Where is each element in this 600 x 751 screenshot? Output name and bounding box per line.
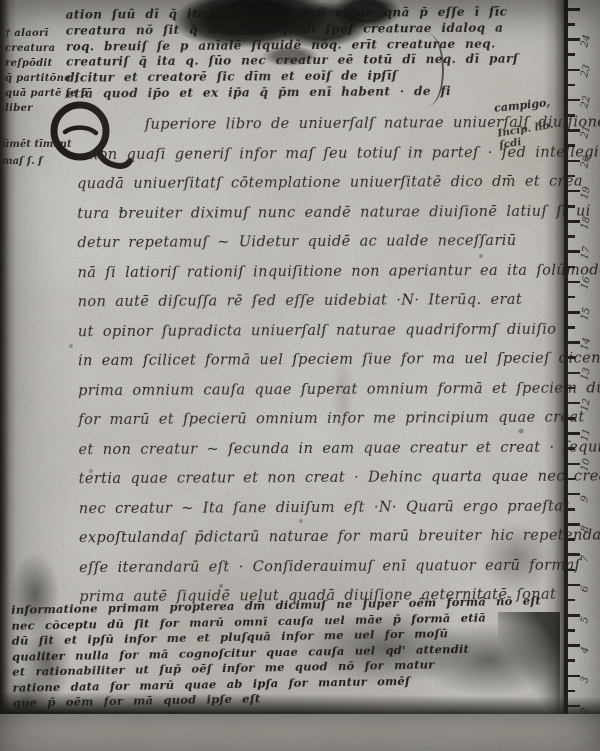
manuscript-line: eſſe iterandarū eſt · Conſiderauimuſ enī… [79, 551, 551, 583]
top-gloss-block: ation ſuū dī q̄ ita eadē una et ē creāe … [66, 4, 553, 102]
manuscript-line: in eam ſcilicet formā uel ſpeciem ſiue f… [78, 345, 550, 377]
ruler-tick [568, 326, 575, 329]
manuscript-photo: ation ſuū dī q̄ ita eadē una et ē creāe … [0, 0, 600, 751]
backdrop-surface [0, 714, 600, 751]
ruler-tick [568, 281, 580, 284]
ruler-tick [568, 190, 580, 193]
ruler-tick [568, 478, 575, 481]
ruler-tick [568, 266, 575, 269]
ruler-number: 11 [579, 420, 595, 442]
ruler-tick [568, 447, 575, 450]
ruler-tick [568, 8, 580, 11]
manuscript-line: for marū et ſpecierū omnium infor me pri… [78, 404, 550, 436]
ruler-number: 13 [579, 360, 595, 382]
ruler-number: 20 [579, 148, 595, 170]
ruler-tick [568, 53, 575, 56]
ruler-tick [568, 250, 580, 253]
marginal-note: q̄ partitōne ſ [5, 71, 115, 86]
ruler-tick [568, 508, 575, 511]
ruler-tick [568, 356, 575, 359]
manuscript-line: detur repetamuſ ~ Uidetur quidē ac ualde… [77, 227, 549, 259]
marginal-note: creatura [5, 41, 115, 56]
marginal-note: † alaorī [5, 26, 115, 41]
ruler-tick [568, 311, 580, 314]
manuscript-line: ut opinor ſupradicta uniuerſalſ naturae … [78, 315, 550, 347]
ruler-number: 7 [579, 542, 595, 564]
ruler-tick [568, 129, 580, 132]
ruler-tick [568, 523, 580, 526]
ruler-tick [568, 463, 580, 466]
manuscript-line: non autē diſcuſſa rē ſed eſſe uidebiat ·… [78, 286, 550, 318]
ruler-number: 8 [579, 511, 595, 533]
ruler-tick [568, 644, 580, 647]
manuscript-line: tertia quae creatur et non creat · Dehin… [79, 463, 551, 495]
ruler-number: 10 [579, 451, 595, 473]
ruler-tick [568, 675, 580, 678]
ruler-number: 24 [579, 26, 595, 48]
ruler-tick [568, 538, 575, 541]
main-text-block: ſuperiore libro de uniuerſalſ naturae un… [77, 109, 552, 613]
ruler-number: 21 [579, 117, 595, 139]
ruler-tick [568, 387, 575, 390]
ruler-number: 3 [579, 663, 595, 685]
ruler-tick [568, 372, 580, 375]
ruler-tick [568, 220, 580, 223]
ruler-number: 22 [579, 87, 595, 109]
ruler-tick [568, 114, 575, 117]
manuscript-line: nā ſi latioriſ rationiſ inquiſitione non… [77, 256, 549, 288]
ruler-number: 15 [579, 299, 595, 321]
marginal-note: quā partē ſe p̄ [5, 86, 115, 101]
ruler-tick [568, 235, 575, 238]
ruler-tick [568, 614, 580, 617]
ruler-tick [568, 493, 580, 496]
ruler-tick [568, 144, 575, 147]
ruler-tick [568, 417, 575, 420]
manuscript-line: expoſtulandaſ p̄dictarū naturae for marū… [79, 522, 551, 554]
ruler-tick [568, 629, 575, 632]
manuscript-line: et non creatur ~ ſecunda in eam quae cre… [78, 433, 550, 465]
ruler-tick [568, 160, 580, 163]
ruler-tick [568, 296, 575, 299]
ruler-number: 12 [579, 390, 595, 412]
ruler-number: 19 [579, 178, 595, 200]
ruler-tick [568, 432, 580, 435]
ruler: 242322212019181716151413121110987654321 [560, 0, 600, 751]
manuscript-line: quadā uniuerſitatſ cōtemplatione uniuerſ… [77, 168, 549, 200]
manuscript-line: non quaſi generiſ infor maſ ſeu totiuſ i… [77, 138, 549, 170]
ruler-number: 4 [579, 632, 595, 654]
ruler-tick [568, 569, 575, 572]
ruler-tick [568, 99, 580, 102]
ruler-tick [568, 84, 575, 87]
ruler-tick [568, 659, 575, 662]
ruler-tick [568, 553, 580, 556]
ruler-tick [568, 38, 580, 41]
manuscript-line: nec creatur ~ Ita ſane diuiſum eſt ·N· Q… [79, 492, 551, 524]
ruler-tick [568, 584, 580, 587]
ruler-number: 18 [579, 208, 595, 230]
ruler-number: 14 [579, 329, 595, 351]
ruler-tick [568, 69, 580, 72]
ruler-tick [568, 23, 575, 26]
ruler-tick [568, 690, 575, 693]
ruler-number: 9 [579, 481, 595, 503]
ruler-tick [568, 205, 575, 208]
ruler-tick [568, 341, 580, 344]
manuscript-line: ſuperiore libro de uniuerſalſ naturae un… [77, 109, 549, 141]
manuscript-line: prima omnium cauſa quae ſuperat omnium f… [78, 374, 550, 406]
ruler-tick [568, 175, 575, 178]
ruler-number: 16 [579, 269, 595, 291]
ruler-number: 17 [579, 239, 595, 261]
manuscript-line: tura breuiter diximuſ nunc eandē naturae… [77, 197, 549, 229]
marginal-note: reſpōdit [5, 56, 115, 71]
ruler-number: 5 [579, 602, 595, 624]
ruler-number: 6 [579, 572, 595, 594]
ruler-number: 23 [579, 57, 595, 79]
ruler-tick [568, 402, 580, 405]
ruler-tick [568, 599, 575, 602]
ruler-baseline [564, 0, 568, 751]
